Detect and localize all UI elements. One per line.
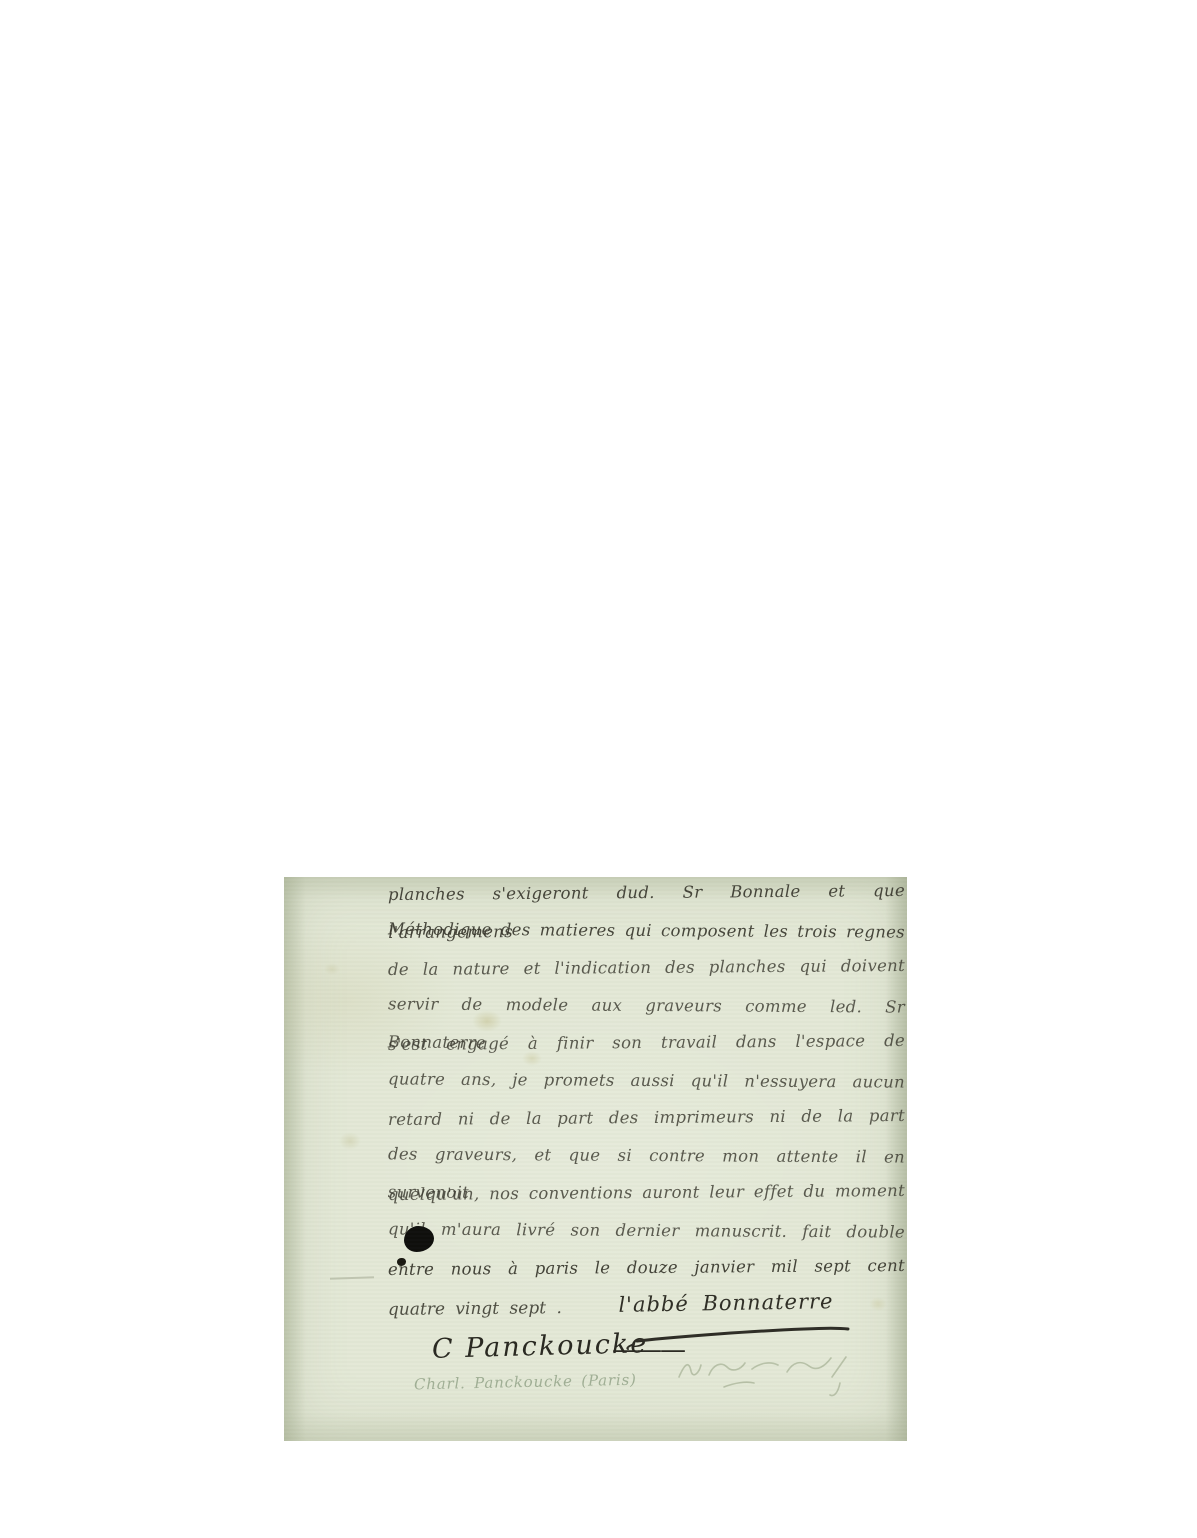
paper-stain xyxy=(339,1132,361,1150)
page-background: planches s'exigeront dud. Sr Bonnale et … xyxy=(0,0,1197,1538)
manuscript-line: des graveurs, et que si contre mon atten… xyxy=(388,1135,905,1176)
manuscript-line: qu'il m'aura livré son dernier manuscrit… xyxy=(388,1210,905,1251)
manuscript-line: Méthodique des matieres qui composent le… xyxy=(388,910,905,951)
manuscript-text-block: planches s'exigeront dud. Sr Bonnale et … xyxy=(388,874,905,1287)
manuscript-line: quatre ans, je promets aussi qu'il n'ess… xyxy=(388,1060,905,1101)
manuscript-line: planches s'exigeront dud. Sr Bonnale et … xyxy=(388,872,905,914)
pencil-annotation: Charl. Panckoucke (Paris) xyxy=(414,1371,637,1394)
manuscript-line: s'est engagé à finir son travail dans l'… xyxy=(388,1022,905,1064)
faint-pencil-dash xyxy=(330,1276,374,1280)
manuscript-line: entre nous à paris le douze janvier mil … xyxy=(388,1247,905,1289)
closing-signature-bonnaterre: l'abbé Bonnaterre xyxy=(598,1284,855,1325)
manuscript-line: de la nature et l'indication des planche… xyxy=(388,947,905,989)
manuscript-paper: planches s'exigeront dud. Sr Bonnale et … xyxy=(284,877,907,1441)
paper-stain xyxy=(324,963,340,975)
closing-date: quatre vingt sept . xyxy=(388,1290,562,1329)
faint-pencil-inscription xyxy=(679,1357,846,1396)
manuscript-line: retard ni de la part des imprimeurs ni d… xyxy=(388,1097,905,1139)
manuscript-line: quelqu'un, nos conventions auront leur e… xyxy=(388,1172,905,1214)
manuscript-line: servir de modele aux graveurs comme led.… xyxy=(388,985,905,1026)
paper-stain xyxy=(869,1297,887,1311)
signature-dash: ——— xyxy=(612,1335,684,1365)
